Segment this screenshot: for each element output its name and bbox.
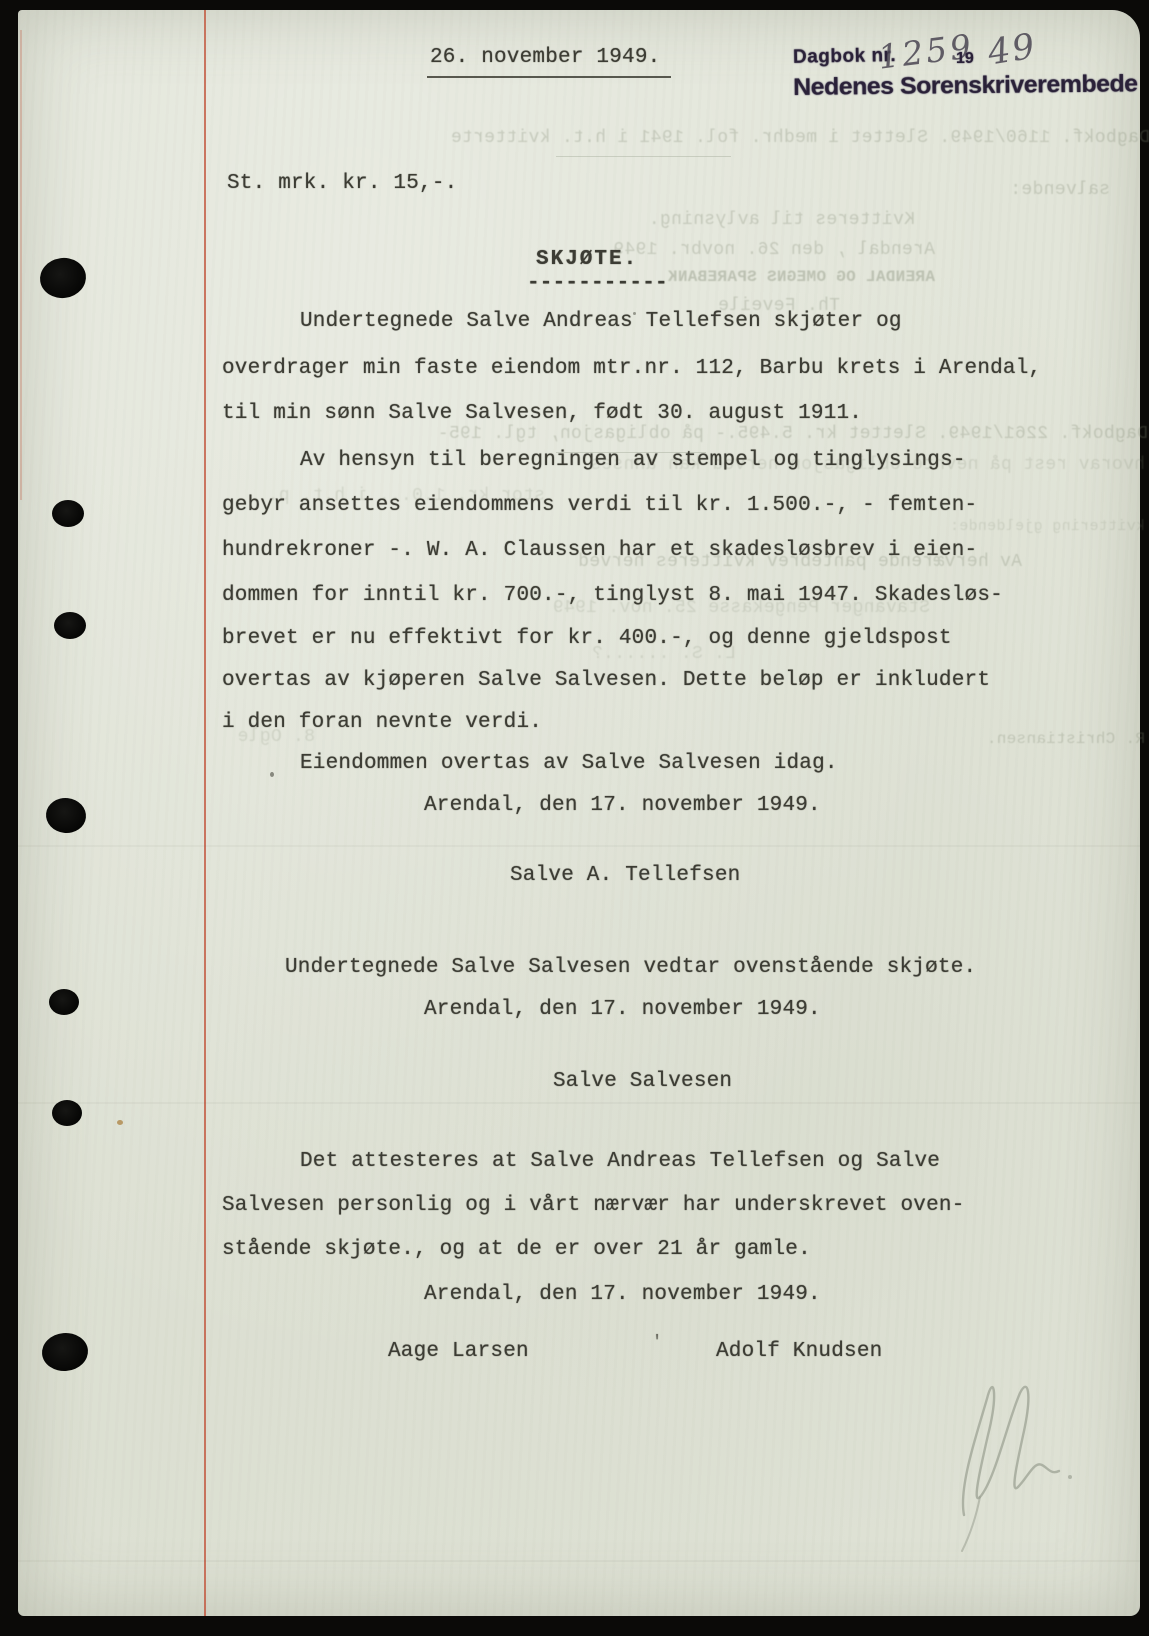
date-place-2: Arendal, den 17. november 1949. — [424, 998, 821, 1021]
deed-line: i den foran nevnte verdi. — [222, 711, 542, 734]
ghost-line: kvittering gjeldende: — [990, 518, 1145, 535]
punch-hole — [54, 612, 86, 639]
deed-line: overdrager min faste eiendom mtr.nr. 112… — [222, 357, 1041, 380]
punch-hole — [52, 1100, 82, 1126]
paper-crease — [18, 1560, 1140, 1562]
ghost-line: R. Christiansen. — [950, 730, 1145, 748]
fee-note: St. mrk. kr. 15,-. — [227, 172, 457, 195]
witness-tick: ' — [652, 1334, 662, 1353]
witness-2: Adolf Knudsen — [716, 1340, 882, 1363]
deed-line: brevet er nu effektivt for kr. 400.-, og… — [222, 627, 952, 650]
deed-line: Undertegnede Salve Andreas Tellefsen skj… — [300, 310, 902, 333]
deed-title-underline: ----------- — [527, 272, 668, 295]
page-frame: Dagbokf. 1160/1949. Slettet i medhr. fol… — [0, 0, 1149, 1636]
deed-line: dommen for inntil kr. 700.-, tinglyst 8.… — [222, 584, 1003, 607]
ghost-line: Arendal , den 26. novbr. 1949 — [635, 240, 935, 260]
dagbok-year-printed: 19 — [956, 50, 974, 68]
date-header-underline — [427, 76, 671, 78]
paper-crease — [18, 1102, 1140, 1104]
red-edge-line — [20, 30, 22, 500]
date-place-3: Arendal, den 17. november 1949. — [424, 1283, 821, 1306]
witness-1: Aage Larsen — [388, 1340, 529, 1363]
date-header: 26. november 1949. — [430, 46, 660, 69]
deed-line: til min sønn Salve Salvesen, født 30. au… — [222, 402, 862, 425]
attestation-line: Salvesen personlig og i vårt nærvær har … — [222, 1194, 965, 1217]
deed-title: SKJØTE. — [536, 248, 638, 271]
signature-buyer: Salve Salvesen — [553, 1070, 732, 1093]
punch-hole — [52, 500, 84, 527]
ghost-line: Dagbokf. 1160/1949. Slettet i medhr. fol… — [550, 128, 1149, 148]
ghost-line: Dagbokf. 2261/1949. Slettet kr. 5.495.- … — [548, 424, 1148, 444]
acceptance-line: Undertegnede Salve Salvesen vedtar ovens… — [285, 956, 976, 979]
dagbok-year-handwritten: 49 — [985, 26, 1039, 73]
deed-line: Av hensyn til beregningen av stempel og … — [300, 449, 966, 472]
deed-line: overtas av kjøperen Salve Salvesen. Dett… — [222, 669, 990, 692]
red-margin-line — [204, 10, 206, 1616]
ghost-line: salvende: — [880, 180, 1110, 200]
paper-speck — [270, 772, 274, 777]
pencil-initials — [950, 1365, 1090, 1555]
office-stamp: Nedenes Sorenskriverembede — [793, 70, 1138, 102]
punch-hole — [49, 989, 79, 1015]
ghost-line: Kvitteres til avlysning. — [635, 210, 915, 230]
ghost-underline — [556, 156, 731, 157]
attestation-line: Det attesteres at Salve Andreas Tellefse… — [300, 1150, 940, 1173]
deed-line: gebyr ansettes eiendommens verdi til kr.… — [222, 494, 977, 517]
deed-line: hundrekroner -. W. A. Claussen har et sk… — [222, 539, 977, 562]
signature-seller: Salve A. Tellefsen — [510, 864, 740, 887]
takeover-line: Eiendommen overtas av Salve Salvesen ida… — [300, 752, 838, 775]
paper-speck — [117, 1120, 123, 1125]
paper-speck — [633, 312, 636, 315]
date-place-1: Arendal, den 17. november 1949. — [424, 794, 821, 817]
attestation-line: stående skjøte., og at de er over 21 år … — [222, 1238, 811, 1261]
paper-crease — [18, 845, 1140, 847]
